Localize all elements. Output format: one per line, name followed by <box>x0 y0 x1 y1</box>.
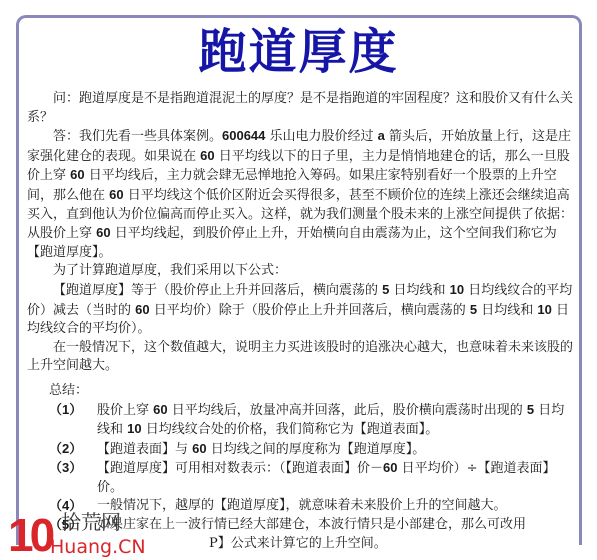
summary-item: （1） 股价上穿 60 日平均线后，放量冲高并回落，此后，股价横向震荡时出现的 … <box>49 401 577 440</box>
summary-item: （3） 【跑道厚度】可用相对数表示：（【跑道表面】价－60 日平均价）÷【跑道表… <box>49 459 577 497</box>
summary-item: （2） 【跑道表面】与 60 日均线之间的厚度称为【跑道厚度】。 <box>49 440 577 460</box>
summary-title: 总结： <box>49 382 577 401</box>
answer-paragraph: 答：我们先看一些具体案例。600644 乐山电力股价经过 a 箭头后，开始放量上… <box>27 127 577 262</box>
question-paragraph: 问：跑道厚度是不是指跑道混泥土的厚度？是不是指跑道的牢固程度？这和股价又有什么关… <box>27 90 577 127</box>
formula-paragraph: 【跑道厚度】等于（股价停止上升并回落后，横向震荡的 5 日均线和 10 日均线纹… <box>27 281 577 339</box>
logo-number: 10 <box>8 510 51 560</box>
logo-site-name: 拾荒网 <box>61 506 121 535</box>
general-paragraph: 在一般情况下，这个数值越大，说明主力买进该股时的追涨决心越大，也意味着未来该股的… <box>27 339 577 376</box>
formula-intro: 为了计算跑道厚度，我们采用以下公式： <box>27 262 577 281</box>
page-title: 跑道厚度 <box>0 22 597 82</box>
watermark-logo: 10 拾荒网 Huang.CN <box>6 510 146 560</box>
logo-domain: Huang.CN <box>50 536 146 558</box>
article-body: 问：跑道厚度是不是指跑道混泥土的厚度？是不是指跑道的牢固程度？这和股价又有什么关… <box>27 90 577 553</box>
